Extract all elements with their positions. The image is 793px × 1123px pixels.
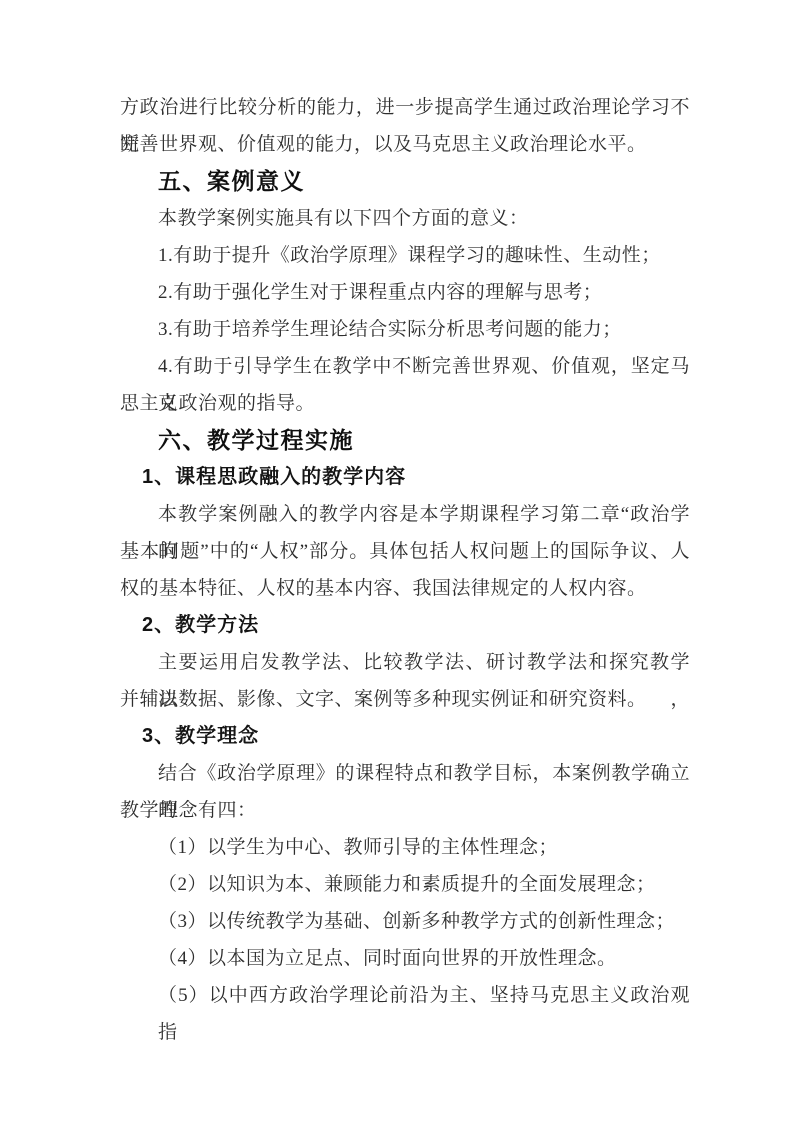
topic2-para-line-1: 主要运用启发教学法、比较教学法、研讨教学法和探究教学法， [120, 644, 690, 681]
topic3-point-3: （3）以传统教学为基础、创新多种教学方式的创新性理念； [120, 903, 690, 940]
section6-heading: 六、教学过程实施 [120, 422, 690, 459]
section5-item-2: 2.有助于强化学生对于课程重点内容的理解与思考； [120, 274, 690, 311]
topic2-heading: 2、教学方法 [120, 607, 690, 644]
section5-item-4-line-1: 4.有助于引导学生在教学中不断完善世界观、价值观，坚定马克 [120, 348, 690, 385]
topic3-para-line-2: 教学理念有四： [120, 792, 690, 829]
section5-item-1: 1.有助于提升《政治学原理》课程学习的趣味性、生动性； [120, 237, 690, 274]
section5-intro: 本教学案例实施具有以下四个方面的意义： [120, 200, 690, 237]
section5-heading: 五、案例意义 [120, 163, 690, 200]
topic3-point-4: （4）以本国为立足点、同时面向世界的开放性理念。 [120, 940, 690, 977]
document-page: 方政治进行比较分析的能力，进一步提高学生通过政治理论学习不断 完善世界观、价值观… [0, 0, 793, 1123]
topic1-heading: 1、课程思政融入的教学内容 [120, 459, 690, 496]
topic1-para-line-1: 本教学案例融入的教学内容是本学期课程学习第二章“政治学的 [120, 496, 690, 533]
topic3-point-5: （5）以中西方政治学理论前沿为主、坚持马克思主义政治观指 [120, 977, 690, 1014]
section5-item-4-line-2: 思主义政治观的指导。 [120, 385, 690, 422]
topic1-para-line-3: 权的基本特征、人权的基本内容、我国法律规定的人权内容。 [120, 570, 690, 607]
intro-para-line-1: 方政治进行比较分析的能力，进一步提高学生通过政治理论学习不断 [120, 89, 690, 126]
section5-item-3: 3.有助于培养学生理论结合实际分析思考问题的能力； [120, 311, 690, 348]
topic3-point-1: （1）以学生为中心、教师引导的主体性理念； [120, 829, 690, 866]
topic2-para-line-2: 并辅以数据、影像、文字、案例等多种现实例证和研究资料。 [120, 681, 690, 718]
topic3-point-2: （2）以知识为本、兼顾能力和素质提升的全面发展理念； [120, 866, 690, 903]
topic3-para-line-1: 结合《政治学原理》的课程特点和教学目标，本案例教学确立的 [120, 755, 690, 792]
topic1-para-line-2: 基本问题”中的“人权”部分。具体包括人权问题上的国际争议、人 [120, 533, 690, 570]
intro-para-line-2: 完善世界观、价值观的能力，以及马克思主义政治理论水平。 [120, 126, 690, 163]
topic3-heading: 3、教学理念 [120, 718, 690, 755]
document-content: 方政治进行比较分析的能力，进一步提高学生通过政治理论学习不断 完善世界观、价值观… [120, 89, 690, 1014]
